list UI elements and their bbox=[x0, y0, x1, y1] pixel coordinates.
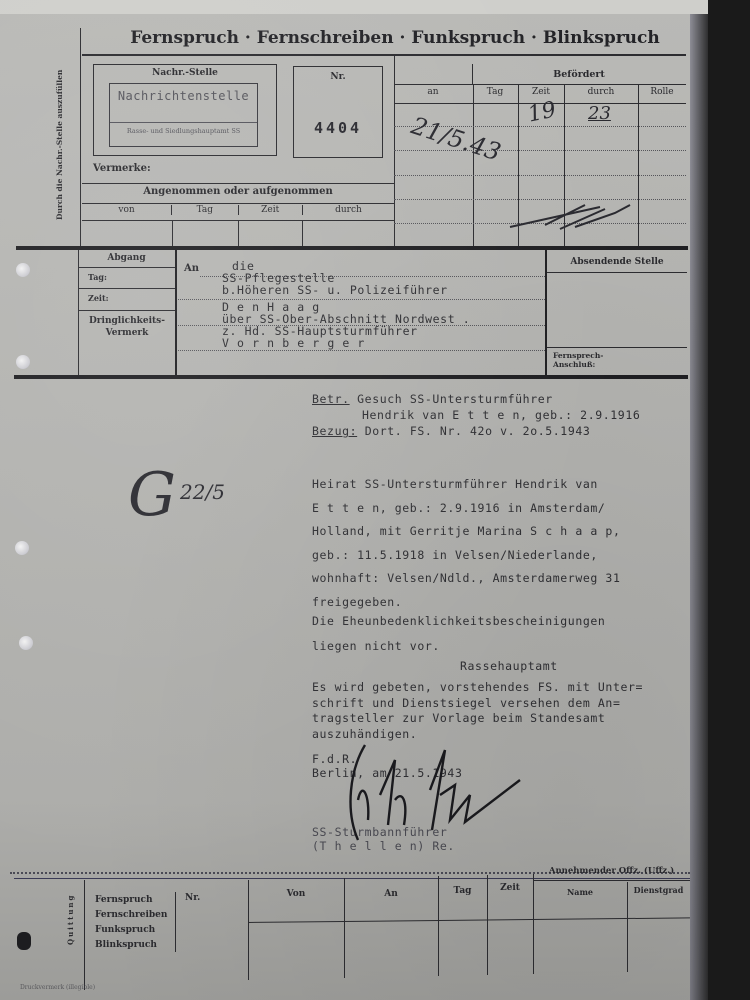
message-types: Fernspruch Fernschreiben Funkspruch Blin… bbox=[95, 893, 167, 953]
stamp-sub-text: Rasse- und Siedlungshauptamt SS bbox=[110, 127, 257, 135]
text-line: schrift und Dienstsiegel versehen dem An… bbox=[312, 696, 643, 712]
footer-col-name: Name bbox=[533, 887, 627, 897]
punch-hole-dark bbox=[17, 932, 31, 950]
divider bbox=[533, 880, 690, 881]
handwritten-durch: 23 bbox=[588, 103, 611, 124]
angenommen-label: Angenommen oder aufgenommen bbox=[82, 186, 394, 197]
nr-label: Nr. bbox=[294, 72, 382, 82]
form-title: Fernspruch · Fernschreiben · Funkspruch … bbox=[95, 28, 695, 48]
abgang-label: Abgang bbox=[78, 253, 175, 263]
divider bbox=[80, 28, 81, 246]
dotted-rule bbox=[178, 350, 545, 351]
betr-text: Gesuch SS-Untersturmführer bbox=[357, 392, 553, 406]
divider bbox=[78, 310, 175, 311]
text-line: Holland, mit Gerritje Marina S c h a a p… bbox=[312, 520, 620, 544]
col-durch: durch bbox=[302, 205, 394, 215]
divider bbox=[547, 347, 687, 348]
abgang-zeit-label: Zeit: bbox=[88, 293, 109, 303]
handwritten-date: 21/5.43 bbox=[408, 111, 504, 166]
divider bbox=[84, 880, 85, 990]
divider bbox=[82, 183, 394, 184]
message-number: 4404 bbox=[294, 119, 382, 137]
text-line: liegen nicht vor. bbox=[312, 634, 605, 659]
type-funkspruch: Funkspruch bbox=[95, 923, 167, 938]
col-durch: durch bbox=[564, 87, 638, 97]
footer-col-von: Von bbox=[248, 889, 344, 899]
footer-col-an: An bbox=[344, 889, 438, 899]
fernsprech-anschluss-label: Fernsprech-Anschluß: bbox=[553, 351, 613, 369]
message-paragraph-2: Die Eheunbedenklichkeitsbescheinigungen … bbox=[312, 609, 605, 659]
divider bbox=[473, 84, 474, 246]
abgang-tag-label: Tag: bbox=[88, 272, 107, 282]
side-note: Durch die Nachr.-Stelle auszufüllen bbox=[55, 40, 64, 220]
section-divider bbox=[16, 246, 688, 250]
col-zeit: Zeit bbox=[238, 205, 302, 215]
col-an: an bbox=[394, 87, 472, 97]
handwritten-initials bbox=[505, 195, 635, 235]
befoerdert-label: Befördert bbox=[472, 69, 686, 80]
address-line: V o r n b e r g e r bbox=[222, 337, 470, 349]
divider bbox=[172, 220, 173, 246]
type-blinkspruch: Blinkspruch bbox=[95, 938, 167, 953]
handwritten-time: 19 bbox=[526, 97, 559, 127]
bezug-label: Bezug: bbox=[312, 424, 357, 438]
col-tag: Tag bbox=[472, 87, 518, 97]
divider bbox=[547, 272, 687, 273]
divider bbox=[78, 250, 79, 376]
text-line: E t t e n, geb.: 2.9.1916 in Amsterdam/ bbox=[312, 497, 620, 521]
divider bbox=[78, 267, 175, 268]
top-edge bbox=[0, 0, 708, 14]
betr-label: Betr. bbox=[312, 392, 350, 406]
angenommen-columns: von Tag Zeit durch bbox=[82, 205, 394, 215]
text-line: geb.: 11.5.1918 in Velsen/Niederlande, bbox=[312, 544, 620, 568]
divider bbox=[14, 878, 690, 879]
divider bbox=[175, 892, 176, 952]
footer-nr-label: Nr. bbox=[185, 893, 200, 903]
office-stamp: Nachrichtenstelle Rasse- und Siedlungsha… bbox=[109, 83, 258, 147]
type-fernspruch: Fernspruch bbox=[95, 893, 167, 908]
margin-initial: G bbox=[128, 465, 176, 525]
divider bbox=[78, 288, 175, 289]
divider bbox=[545, 250, 547, 376]
divider bbox=[82, 203, 394, 204]
bezug-text: Dort. FS. Nr. 42o v. 2o.5.1943 bbox=[365, 424, 591, 438]
office-name: Rassehauptamt bbox=[460, 659, 558, 673]
handwritten-signature bbox=[340, 740, 540, 850]
punch-hole bbox=[16, 263, 30, 277]
footer-col-zeit: Zeit bbox=[487, 883, 533, 893]
recipient-address: die SS-Pflegestelle b.Höheren SS- u. Pol… bbox=[222, 260, 470, 349]
text-line: Heirat SS-Untersturmführer Hendrik van bbox=[312, 473, 620, 497]
telegram-form-page: Fernspruch · Fernschreiben · Funkspruch … bbox=[0, 0, 708, 1000]
punch-hole bbox=[15, 541, 29, 555]
dringlichkeit-label: Dringlichkeits-Vermerk bbox=[86, 315, 168, 339]
dotted-rule bbox=[394, 150, 686, 151]
divider bbox=[627, 882, 628, 972]
divider bbox=[472, 64, 473, 84]
printer-note: Druckvermerk (illegible) bbox=[20, 984, 95, 991]
an-label: An bbox=[184, 263, 199, 274]
text-line: tragsteller zur Vorlage beim Standesamt bbox=[312, 711, 643, 727]
page-edge-shadow bbox=[690, 14, 708, 1000]
divider bbox=[248, 917, 690, 923]
stamp-main-text: Nachrichtenstelle bbox=[110, 89, 257, 103]
nr-box: Nr. 4404 bbox=[293, 66, 383, 158]
col-von: von bbox=[82, 205, 171, 215]
divider bbox=[175, 250, 177, 376]
col-zeit: Zeit bbox=[518, 87, 564, 97]
footer-col-dienstgrad: Dienstgrad bbox=[627, 885, 690, 895]
divider bbox=[238, 220, 239, 246]
punch-hole bbox=[16, 355, 30, 369]
margin-date: 22/5 bbox=[180, 480, 225, 504]
quittung-label: Quittung bbox=[66, 875, 75, 945]
section-divider bbox=[14, 375, 688, 379]
absendende-stelle-label: Absendende Stelle bbox=[548, 257, 686, 267]
text-line: wohnhaft: Velsen/Ndld., Amsterdamerweg 3… bbox=[312, 567, 620, 591]
betr-text-2: Hendrik van E t t e n, geb.: 2.9.1916 bbox=[362, 407, 640, 423]
col-tag: Tag bbox=[171, 205, 237, 215]
footer-col-tag: Tag bbox=[438, 886, 487, 896]
text-line: Es wird gebeten, vorstehendes FS. mit Un… bbox=[312, 680, 643, 696]
subject-block: Betr. Gesuch SS-Untersturmführer Hendrik… bbox=[312, 391, 640, 439]
type-fernschreiben: Fernschreiben bbox=[95, 908, 167, 923]
divider bbox=[302, 220, 303, 246]
divider bbox=[638, 84, 639, 246]
text-line: Die Eheunbedenklichkeitsbescheinigungen bbox=[312, 609, 605, 634]
divider bbox=[82, 54, 686, 56]
col-rolle: Rolle bbox=[638, 87, 686, 97]
befoerdert-columns: an Tag Zeit durch Rolle bbox=[394, 87, 686, 101]
nachr-stelle-label: Nachr.-Stelle bbox=[94, 68, 276, 78]
message-paragraph-3: Es wird gebeten, vorstehendes FS. mit Un… bbox=[312, 680, 643, 742]
annehmender-label: Annehmender Offz. (Uffz.) bbox=[533, 866, 690, 876]
address-line: b.Höheren SS- u. Polizeiführer bbox=[222, 284, 470, 296]
dotted-rule bbox=[394, 175, 686, 176]
message-paragraph-1: Heirat SS-Untersturmführer Hendrik van E… bbox=[312, 473, 620, 614]
punch-hole bbox=[19, 636, 33, 650]
divider bbox=[394, 84, 686, 85]
vermerke-label: Vermerke: bbox=[93, 163, 151, 174]
nachr-stelle-box: Nachr.-Stelle Nachrichtenstelle Rasse- u… bbox=[93, 64, 277, 156]
